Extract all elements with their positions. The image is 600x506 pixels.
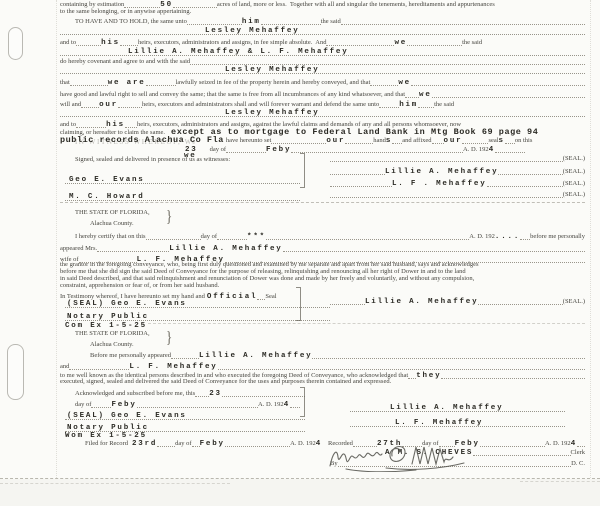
printed-text: executed, signed, sealed and delivered t… [60, 378, 391, 385]
dotted-leader [405, 94, 419, 98]
margin-rule [56, 0, 57, 478]
dotted-leader [330, 301, 365, 305]
dotted-leader [520, 236, 530, 240]
typed-entry: .... [495, 233, 520, 241]
printed-text: I hereby certify that on this [75, 233, 146, 240]
typed-entry: M. C. Howard [69, 193, 145, 201]
printed-text: Acknowledged and subscribed before me, t… [75, 390, 195, 397]
dotted-leader [505, 140, 515, 144]
dotted-leader [91, 404, 111, 408]
line-witness-howard: M. C. Howard [65, 192, 300, 201]
bracket [300, 153, 305, 188]
line-notary-seal-evans-2: (SEAL) Geo E. Evans [65, 411, 305, 420]
dotted-leader [97, 248, 169, 252]
printed-text: A. D. 192 [469, 233, 495, 240]
typed-entry: 4 [571, 440, 577, 448]
typed-entry: Lillie A. Mehaffey [199, 352, 312, 360]
typed-entry: Com Ex 1-5-25 [65, 322, 147, 330]
dotted-leader [290, 404, 300, 408]
printed-text: THE STATE OF FLORIDA, [75, 209, 150, 216]
printed-text: that [60, 79, 70, 86]
clerk-signature [326, 440, 476, 472]
printed-text: TO HAVE AND TO HOLD, the same unto [75, 18, 187, 25]
printed-text: Alachua County. [90, 341, 134, 348]
dotted-leader [222, 393, 305, 397]
line-commission-2: Wom Ex 1-5-25 [65, 431, 590, 439]
dotted-leader [473, 452, 570, 456]
typed-entry: Lillie A. Mehaffey [365, 298, 478, 306]
typed-entry: him [242, 18, 261, 26]
line-acknowledged: Acknowledged and subscribed before me, t… [75, 389, 305, 397]
dotted-leader [266, 236, 469, 240]
typed-entry: Feby [200, 440, 225, 448]
line-appeared-mrs: appeared Mrs.Lillie A. Mehaffey [60, 244, 585, 252]
dotted-leader [312, 355, 585, 359]
typed-entry: Notary Public [67, 313, 149, 321]
typed-entry: Lesley Mehaffey [225, 109, 320, 117]
printed-text: A. D. 192 [258, 401, 284, 408]
printed-text: day of [175, 440, 191, 447]
spacer [60, 115, 225, 116]
line-before-me: Before me personally appearedLillie A. M… [90, 351, 585, 359]
line-and-lf: andL. F. Mehaffey [60, 362, 585, 370]
line-ack-sig-lillie: Lillie A. Mehaffey [350, 403, 565, 412]
typed-entry: Feby [111, 401, 136, 409]
dotted-leader [326, 42, 394, 46]
bracket: } [166, 328, 172, 345]
printed-text: before me personally [530, 233, 585, 240]
binder-hole-punch [8, 27, 23, 60]
printed-text: the said [462, 39, 482, 46]
line-grantors-names: Lillie A. Mehaffey & L. F. Mehaffey [60, 47, 585, 56]
printed-text: hand [373, 137, 386, 144]
dotted-leader [69, 366, 129, 370]
line-warrant: will andourheirs, executors and administ… [60, 100, 585, 108]
binder-hole-punch [7, 344, 24, 400]
line-notary-seal-evans-1: (SEAL) Geo E. Evans [65, 299, 330, 308]
typed-entry: Lillie A. Mehaffey & L. F. Mehaffey [128, 48, 349, 56]
printed-text: to the same belonging, or in anywise app… [60, 8, 191, 15]
printed-text: and [60, 363, 69, 370]
line-state-2: THE STATE OF FLORIDA, [75, 330, 600, 337]
typed-entry: Lesley Mehaffey [225, 66, 320, 74]
line-good-right: have good and lawful right to sell and c… [60, 90, 585, 98]
line-certify: I hereby certify that on thisday of***A.… [75, 232, 585, 240]
line-grantee-name: Lesley Mehaffey [60, 26, 585, 35]
typed-entry: Lesley Mehaffey [205, 27, 300, 35]
printed-text: (SEAL.) [563, 191, 585, 198]
typed-entry: 4 [284, 401, 290, 409]
line-executed: executed, signed, sealed and delivered t… [60, 378, 585, 385]
line-witnesses-heading: Signed, sealed and delivered in presence… [75, 156, 600, 163]
printed-text: (SEAL.) [563, 180, 585, 187]
typed-entry: Lillie A. Mehaffey [385, 168, 498, 176]
printed-text: A. D. 192 [290, 440, 316, 447]
dotted-leader [370, 82, 398, 86]
dotted-leader [407, 42, 462, 46]
dotted-leader [577, 443, 585, 447]
typed-entry: Lillie A. Mehaffey [169, 245, 282, 253]
dotted-leader [70, 82, 108, 86]
spacer [60, 72, 225, 73]
line-grantee-name-3: Lesley Mehaffey [60, 108, 585, 117]
dotted-leader [480, 443, 545, 447]
printed-text: on this [515, 137, 533, 144]
printed-text: and affixed [402, 137, 431, 144]
printed-text: constraint, apprehension or fear of, or … [60, 282, 219, 289]
dotted-leader [146, 82, 176, 86]
line-and-to-his-heirs: and tohisheirs, executors, administrator… [60, 38, 585, 46]
typed-entry: his [101, 39, 120, 47]
horizontal-rule [0, 478, 600, 479]
printed-text: appeared Mrs. [60, 245, 97, 252]
typed-entry: s [386, 137, 392, 145]
typed-entry-large: public records Alachua Co Fla [60, 136, 224, 145]
typed-entry: (SEAL) Geo E. Evans [67, 412, 187, 420]
dotted-leader [487, 183, 563, 187]
bracket [296, 287, 301, 321]
line-ack-date: day ofFebyA. D. 1924 [75, 400, 300, 408]
typed-entry: Lillie A. Mehaffey [390, 404, 503, 412]
printed-text: Clerk [571, 449, 585, 456]
typed-entry: (SEAL) Geo E. Evans [67, 300, 187, 308]
printed-text: lawfully seized in fee of the property h… [176, 79, 371, 86]
line-grantee-name-2: Lesley Mehaffey [60, 65, 585, 74]
printed-text: day of [75, 401, 91, 408]
dotted-leader [157, 443, 175, 447]
dotted-leader [345, 140, 373, 144]
dotted-leader [432, 94, 585, 98]
line-witness-evans: Geo E. Evans [65, 175, 300, 184]
dotted-leader [498, 171, 562, 175]
spacer [60, 54, 128, 55]
typed-entry: 23 [209, 390, 222, 398]
line-ack-sig-lf: L. F. Mehaffey [350, 418, 565, 427]
horizontal-rule [0, 483, 230, 484]
line-public-records: public records Alachua Co Flahave hereun… [60, 135, 585, 144]
dotted-leader [330, 194, 563, 198]
dotted-leader [192, 443, 200, 447]
typed-entry: 23rd [132, 440, 157, 448]
dotted-leader [218, 366, 585, 370]
typed-entry: we [419, 91, 432, 99]
typed-entry: we are [108, 79, 146, 87]
bracket [300, 387, 305, 417]
typed-entry: L. F . Mehaffey [392, 180, 487, 188]
printed-text: day of [201, 233, 217, 240]
printed-text: seal [488, 137, 498, 144]
dotted-leader [283, 248, 585, 252]
printed-text: D. C. [571, 460, 585, 467]
dotted-leader [225, 443, 290, 447]
typed-entry: we [398, 79, 411, 87]
printed-text: (SEAL.) [563, 168, 585, 175]
dotted-leader [120, 42, 138, 46]
printed-text: and to [60, 39, 76, 46]
dotted-leader [146, 236, 201, 240]
dotted-leader [432, 140, 444, 144]
typed-entry: s [499, 137, 505, 145]
printed-text: Filed for Record [85, 440, 128, 447]
line-to-have-and-hold: TO HAVE AND TO HOLD, the same untohimthe… [75, 17, 585, 25]
printed-text: have good and lawful right to sell and c… [60, 91, 405, 98]
dotted-leader [392, 140, 402, 144]
typed-entry: 4 [316, 440, 322, 448]
spacer [60, 152, 185, 153]
dotted-leader [187, 21, 242, 25]
typed-entry: L. F. Mehaffey [129, 363, 217, 371]
dotted-leader [271, 140, 326, 144]
dotted-leader [261, 21, 321, 25]
printed-text: Signed, sealed and delivered in presence… [75, 156, 230, 163]
printed-text: have hereunto set [226, 137, 271, 144]
typed-entry: Geo E. Evans [69, 176, 145, 184]
dotted-leader [478, 301, 562, 305]
dotted-leader [462, 140, 488, 144]
margin-rule [590, 0, 591, 478]
dotted-leader [411, 82, 585, 86]
dotted-leader [195, 393, 209, 397]
line-state-1: THE STATE OF FLORIDA, [75, 209, 600, 216]
dotted-leader [137, 404, 258, 408]
typed-entry: we [394, 39, 407, 47]
printed-text: Alachua County. [90, 220, 134, 227]
dotted-leader [341, 21, 585, 25]
line-seal-lillie: Lillie A. Mehaffey(SEAL.) [330, 167, 585, 175]
printed-text: heirs, executors, administrators and ass… [138, 39, 326, 46]
printed-text: the said [321, 18, 341, 25]
typed-entry: our [444, 137, 463, 145]
scanned-deed-page: containing by estimation50acres of land,… [0, 0, 600, 506]
printed-text: THE STATE OF FLORIDA, [75, 330, 150, 337]
horizontal-rule [60, 202, 585, 203]
line-dower-4: constraint, apprehension or fear of, or … [60, 282, 585, 289]
line-belonging: to the same belonging, or in anywise app… [60, 8, 585, 15]
dotted-leader [330, 171, 385, 175]
spacer [350, 410, 390, 411]
typed-entry: our [326, 137, 345, 145]
printed-text: A. D. 192 [545, 440, 571, 447]
dotted-leader [171, 355, 199, 359]
line-notary-public-1: Notary Public [65, 312, 330, 321]
printed-text: Before me personally appeared [90, 352, 171, 359]
typed-entry: L. F. Mehaffey [395, 419, 483, 427]
line-seal-blank-2: (SEAL.) [330, 191, 585, 198]
line-containing: containing by estimation50acres of land,… [60, 0, 585, 8]
horizontal-rule [520, 481, 600, 482]
line-commission-1: Com Ex 1-5-25 [65, 321, 590, 329]
spacer [350, 425, 395, 426]
line-seal-lf: L. F . Mehaffey(SEAL.) [330, 179, 585, 187]
typed-entry: *** [247, 233, 266, 241]
line-seal-lillie-2: Lillie A. Mehaffey(SEAL.) [330, 297, 585, 305]
dotted-leader [330, 183, 392, 187]
dotted-leader [217, 236, 247, 240]
spacer [60, 33, 205, 34]
bracket: } [166, 207, 172, 224]
line-seized: thatwe arelawfully seized in fee of the … [60, 78, 585, 86]
dotted-leader [76, 42, 101, 46]
printed-text: (SEAL.) [563, 298, 585, 305]
